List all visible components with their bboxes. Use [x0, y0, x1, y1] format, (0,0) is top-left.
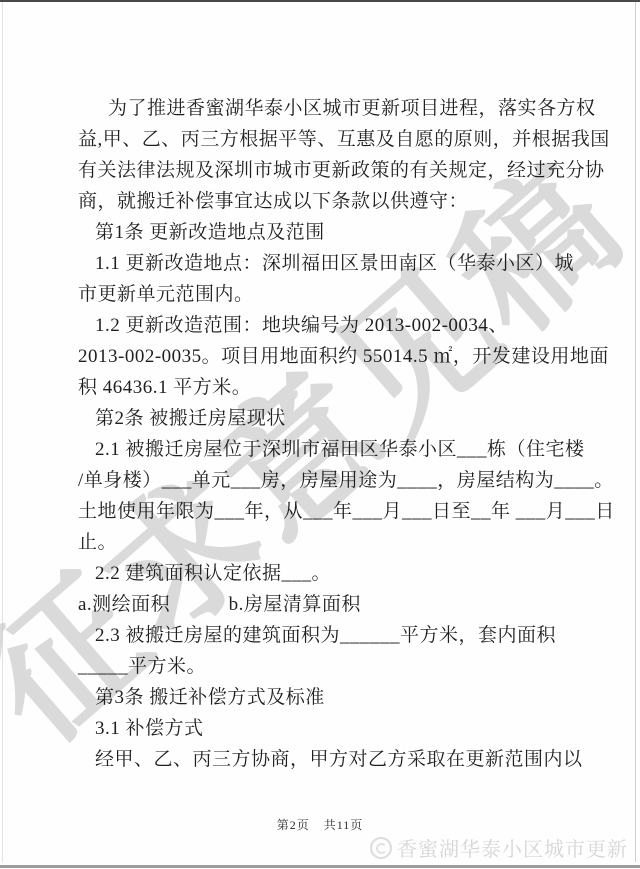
- brand-logo-icon: [370, 837, 392, 859]
- doc-line: 2013-002-0035。项目用地面积约 55014.5 ㎡，开发建设用地面: [78, 341, 570, 372]
- page-number: 第2页: [277, 818, 310, 832]
- doc-line: 1.2 更新改造范围：地块编号为 2013-002-0034、: [78, 310, 570, 341]
- doc-line: 2.3 被搬迁房屋的建筑面积为______平方米，套内面积: [78, 620, 570, 651]
- doc-line: a.测绘面积 b.房屋清算面积: [78, 589, 570, 620]
- doc-line: 3.1 补偿方式: [78, 713, 570, 744]
- doc-line: _____平方米。: [78, 651, 570, 682]
- doc-line: 土地使用年限为___年，从___年___月___日至__年 ___月___日: [78, 496, 570, 527]
- brand-name: 香蜜湖华泰小区城市更新: [397, 833, 628, 862]
- page-left-edge: [2, 2, 3, 862]
- doc-line: 1.1 更新改造地点：深圳福田区景田南区（华泰小区）城: [78, 248, 570, 279]
- doc-line: 有关法律法规及深圳市城市更新政策的有关规定，经过充分协: [78, 155, 570, 186]
- page-total: 共11页: [324, 818, 364, 832]
- page-bottom-edge: [0, 865, 640, 868]
- doc-line: 积 46436.1 平方米。: [78, 372, 570, 403]
- doc-line: 经甲、乙、丙三方协商，甲方对乙方采取在更新范围内以: [78, 744, 570, 775]
- doc-line: /单身楼）___单元___房，房屋用途为____，房屋结构为____。: [78, 465, 570, 496]
- doc-heading-article-3: 第3条 搬迁补偿方式及标准: [78, 682, 570, 713]
- page-right-edge: [635, 2, 636, 862]
- doc-line: 商，就搬迁补偿事宜达成以下条款以供遵守：: [78, 186, 570, 217]
- doc-line: 为了推进香蜜湖华泰小区城市更新项目进程，落实各方权: [78, 93, 570, 124]
- doc-line: 2.2 建筑面积认定依据___。: [78, 558, 570, 589]
- page-top-edge: [0, 0, 640, 2]
- doc-heading-article-2: 第2条 被搬迁房屋现状: [78, 403, 570, 434]
- document-body: 为了推进香蜜湖华泰小区城市更新项目进程，落实各方权 益,甲、乙、丙三方根据平等、…: [78, 93, 570, 775]
- doc-line: 市更新单元范围内。: [78, 279, 570, 310]
- page-number-footer: 第2页共11页: [0, 816, 640, 833]
- doc-heading-article-1: 第1条 更新改造地点及范围: [78, 217, 570, 248]
- scanned-document-page: 征求意见稿 为了推进香蜜湖华泰小区城市更新项目进程，落实各方权 益,甲、乙、丙三…: [0, 0, 640, 869]
- doc-line: 2.1 被搬迁房屋位于深圳市福田区华泰小区___栋（住宅楼: [78, 434, 570, 465]
- brand-row: 香蜜湖华泰小区城市更新: [370, 833, 628, 862]
- doc-line: 止。: [78, 527, 570, 558]
- doc-line: 益,甲、乙、丙三方根据平等、互惠及自愿的原则，并根据我国: [78, 124, 570, 155]
